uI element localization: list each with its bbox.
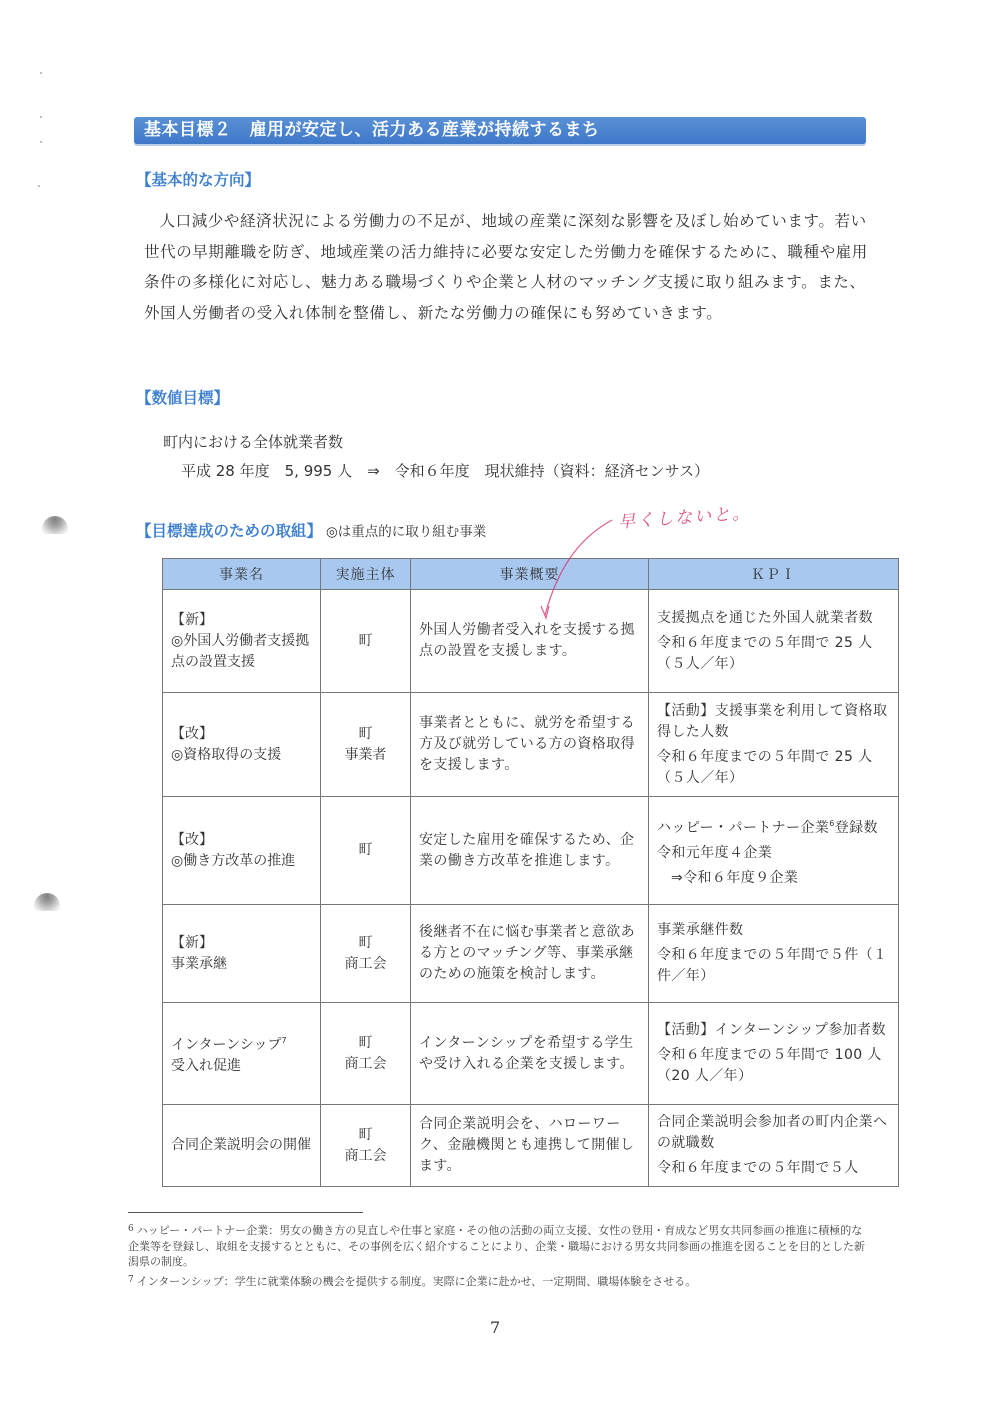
table-row: 合同企業説明会の開催 町 商工会 合同企業説明会を、ハローワーク、金融機関とも連… bbox=[163, 1105, 899, 1187]
actor: 町 bbox=[329, 724, 402, 745]
target-baseline: 平成 28 年度 5, 995 人 ⇒ 令和６年度 現状維持（資料：経済センサス… bbox=[181, 460, 709, 481]
column-header: ＫＰＩ bbox=[649, 559, 899, 590]
project-name-cell: 合同企業説明会の開催 bbox=[163, 1105, 321, 1187]
punch-hole-mark bbox=[42, 516, 68, 534]
actor-cell: 町 bbox=[321, 590, 411, 693]
kpi-indicator: ハッピー・パートナー企業6登録数 bbox=[657, 813, 890, 839]
project-name-text: インターンシップ bbox=[171, 1037, 282, 1053]
footnote: 7インターンシップ：学生に就業体験の機会を提供する制度。実際に企業に赴かせ、一定… bbox=[128, 1273, 868, 1290]
project-name-cell: 【改】 ◎資格取得の支援 bbox=[163, 693, 321, 797]
footnotes: 6ハッピー・パートナー企業：男女の働き方の見直しや仕事と家庭・その他の活動の両立… bbox=[128, 1222, 868, 1292]
actor: 町 bbox=[329, 933, 402, 954]
actor-cell: 町 商工会 bbox=[321, 1105, 411, 1187]
kpi-indicator: 合同企業説明会参加者の町内企業への就職数 bbox=[657, 1112, 890, 1154]
actor-cell: 町 商工会 bbox=[321, 1003, 411, 1105]
scan-speck bbox=[40, 116, 42, 118]
direction-text: 人口減少や経済状況による労働力の不足が、地域の産業に深刻な影響を及ぼし始めていま… bbox=[144, 206, 874, 328]
kpi-target: ⇒令和６年度９企業 bbox=[657, 868, 890, 889]
kpi-cell: ハッピー・パートナー企業6登録数 令和元年度４企業 ⇒令和６年度９企業 bbox=[649, 797, 899, 905]
project-name-cell: 【新】 ◎外国人労働者支援拠点の設置支援 bbox=[163, 590, 321, 693]
actor: 町 bbox=[329, 840, 402, 861]
kpi-indicator-text: 登録数 bbox=[835, 820, 878, 836]
kpi-indicator: 支援拠点を通じた外国人就業者数 bbox=[657, 608, 890, 629]
table-row: 【新】 事業承継 町 商工会 後継者不在に悩む事業者と意欲ある方とのマッチング等… bbox=[163, 905, 899, 1003]
goal-number: 基本目標２ bbox=[144, 120, 232, 140]
actor-cell: 町 事業者 bbox=[321, 693, 411, 797]
scan-speck bbox=[40, 72, 42, 74]
kpi-target: 令和６年度までの５年間で５人 bbox=[657, 1158, 890, 1179]
project-name: ◎働き方改革の推進 bbox=[171, 851, 312, 872]
kpi-cell: 支援拠点を通じた外国人就業者数 令和６年度までの５年間で 25 人（５人／年） bbox=[649, 590, 899, 693]
summary-cell: 事業者とともに、就労を希望する方及び就労している方の資格取得を支援します。 bbox=[411, 693, 649, 797]
project-name: 事業承継 bbox=[171, 954, 312, 975]
kpi-cell: 事業承継件数 令和６年度までの５年間で５件（１件／年） bbox=[649, 905, 899, 1003]
initiatives-table: 事業名 実施主体 事業概要 ＫＰＩ 【新】 ◎外国人労働者支援拠点の設置支援 町… bbox=[162, 558, 899, 1187]
table-header-row: 事業名 実施主体 事業概要 ＫＰＩ bbox=[163, 559, 899, 590]
kpi-indicator: 【活動】支援事業を利用して資格取得した人数 bbox=[657, 701, 890, 743]
summary-cell: インターンシップを希望する学生や受け入れる企業を支援します。 bbox=[411, 1003, 649, 1105]
goal-title: 雇用が安定し、活力ある産業が持続するまち bbox=[250, 120, 600, 140]
table-row: 【新】 ◎外国人労働者支援拠点の設置支援 町 外国人労働者受入れを支援する拠点の… bbox=[163, 590, 899, 693]
column-header: 事業名 bbox=[163, 559, 321, 590]
numeric-target-heading: 【数値目標】 bbox=[136, 386, 229, 408]
kpi-indicator: 事業承継件数 bbox=[657, 920, 890, 941]
initiatives-heading: 【目標達成のための取組】◎は重点的に取り組む事業 bbox=[136, 519, 486, 541]
project-name: ◎資格取得の支援 bbox=[171, 745, 312, 766]
project-tag: 【新】 bbox=[171, 610, 312, 631]
scan-speck bbox=[38, 185, 40, 187]
footnote-divider bbox=[128, 1212, 363, 1213]
kpi-baseline: 令和元年度４企業 bbox=[657, 843, 890, 864]
footnote-number: 6 bbox=[128, 1224, 134, 1234]
project-tag: 【改】 bbox=[171, 724, 312, 745]
handwritten-annotation: 早くしないと。 bbox=[617, 498, 751, 532]
punch-hole-mark bbox=[34, 893, 60, 911]
summary-cell: 合同企業説明会を、ハローワーク、金融機関とも連携して開催します。 bbox=[411, 1105, 649, 1187]
project-name: ◎外国人労働者支援拠点の設置支援 bbox=[171, 631, 312, 673]
summary-cell: 後継者不在に悩む事業者と意欲ある方とのマッチング等、事業承継のための施策を検討し… bbox=[411, 905, 649, 1003]
direction-heading: 【基本的な方向】 bbox=[136, 168, 260, 190]
summary-cell: 外国人労働者受入れを支援する拠点の設置を支援します。 bbox=[411, 590, 649, 693]
actor-cell: 町 商工会 bbox=[321, 905, 411, 1003]
actor: 商工会 bbox=[329, 954, 402, 975]
kpi-cell: 合同企業説明会参加者の町内企業への就職数 令和６年度までの５年間で５人 bbox=[649, 1105, 899, 1187]
project-name-text: 受入れ促進 bbox=[171, 1058, 241, 1074]
kpi-indicator-text: ハッピー・パートナー企業 bbox=[657, 820, 829, 836]
kpi-target: 令和６年度までの５年間で 25 人（５人／年） bbox=[657, 633, 890, 675]
footnote-number: 7 bbox=[128, 1275, 134, 1285]
summary-cell: 安定した雇用を確保するため、企業の働き方改革を推進します。 bbox=[411, 797, 649, 905]
scan-speck bbox=[40, 141, 42, 143]
project-name-cell: インターンシップ7受入れ促進 bbox=[163, 1003, 321, 1105]
page-number: 7 bbox=[490, 1318, 500, 1337]
footnote: 6ハッピー・パートナー企業：男女の働き方の見直しや仕事と家庭・その他の活動の両立… bbox=[128, 1222, 868, 1270]
project-name: インターンシップ7受入れ促進 bbox=[171, 1030, 312, 1077]
kpi-target: 令和６年度までの５年間で 25 人（５人／年） bbox=[657, 747, 890, 789]
kpi-cell: 【活動】インターンシップ参加者数 令和６年度までの５年間で 100 人（20 人… bbox=[649, 1003, 899, 1105]
footnote-text: ハッピー・パートナー企業：男女の働き方の見直しや仕事と家庭・その他の活動の両立支… bbox=[128, 1224, 865, 1268]
actor: 町 bbox=[329, 631, 402, 652]
project-name-cell: 【改】 ◎働き方改革の推進 bbox=[163, 797, 321, 905]
kpi-target: 令和６年度までの５年間で５件（１件／年） bbox=[657, 945, 890, 987]
initiatives-note: ◎は重点的に取り組む事業 bbox=[326, 524, 486, 540]
kpi-target: 令和６年度までの５年間で 100 人（20 人／年） bbox=[657, 1045, 890, 1087]
project-tag: 【新】 bbox=[171, 933, 312, 954]
column-header: 事業概要 bbox=[411, 559, 649, 590]
kpi-indicator: 【活動】インターンシップ参加者数 bbox=[657, 1020, 890, 1041]
goal-title-bar: 基本目標２雇用が安定し、活力ある産業が持続するまち bbox=[134, 117, 866, 144]
project-tag: 【改】 bbox=[171, 830, 312, 851]
actor-cell: 町 bbox=[321, 797, 411, 905]
footnote-text: インターンシップ：学生に就業体験の機会を提供する制度。実際に企業に赴かせ、一定期… bbox=[137, 1275, 697, 1288]
kpi-cell: 【活動】支援事業を利用して資格取得した人数 令和６年度までの５年間で 25 人（… bbox=[649, 693, 899, 797]
table-row: 【改】 ◎資格取得の支援 町 事業者 事業者とともに、就労を希望する方及び就労し… bbox=[163, 693, 899, 797]
table-row: インターンシップ7受入れ促進 町 商工会 インターンシップを希望する学生や受け入… bbox=[163, 1003, 899, 1105]
target-indicator: 町内における全体就業者数 bbox=[163, 431, 343, 452]
actor: 事業者 bbox=[329, 745, 402, 766]
table-row: 【改】 ◎働き方改革の推進 町 安定した雇用を確保するため、企業の働き方改革を推… bbox=[163, 797, 899, 905]
actor: 町 bbox=[329, 1033, 402, 1054]
actor: 商工会 bbox=[329, 1054, 402, 1075]
project-name-cell: 【新】 事業承継 bbox=[163, 905, 321, 1003]
column-header: 実施主体 bbox=[321, 559, 411, 590]
actor: 町 bbox=[329, 1125, 402, 1146]
actor: 商工会 bbox=[329, 1146, 402, 1167]
initiatives-heading-label: 【目標達成のための取組】 bbox=[136, 522, 322, 540]
footnote-ref: 7 bbox=[282, 1036, 287, 1045]
project-name: 合同企業説明会の開催 bbox=[171, 1135, 312, 1156]
